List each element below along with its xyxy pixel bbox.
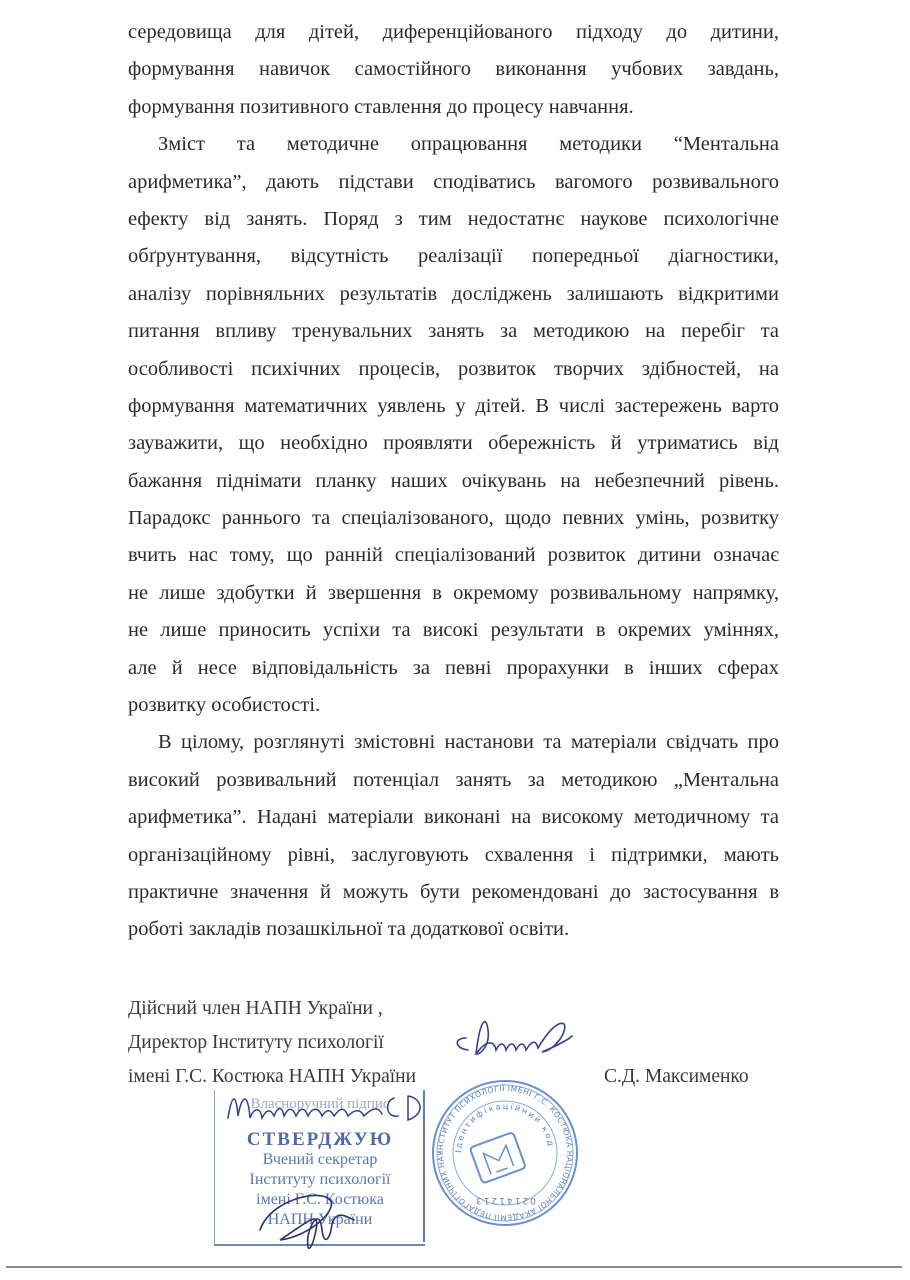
text-line: роботі закладів позашкільної та додатков… [128, 911, 779, 948]
seal-code: 02141213 [474, 1195, 536, 1205]
text-line: але й несе відповідальність за певні про… [128, 650, 779, 687]
handwritten-name-icon [222, 1088, 442, 1128]
text-line: аналізу порівняльних результатів дослідж… [128, 276, 779, 313]
paragraph-2: Зміст та методичне опрацювання методики … [128, 126, 779, 724]
institution-seal: ІНСТИТУТ ПСИХОЛОГІЇ ІМЕНІ Г.С. КОСТЮКА Н… [430, 1078, 580, 1228]
text-line: організаційному рівні, заслуговують схва… [128, 837, 779, 874]
text-line: формування навичок самостійного виконанн… [128, 51, 779, 88]
text-line: практичне значення й можуть бути рекомен… [128, 874, 779, 911]
text-line: бажання піднімати планку наших очікувань… [128, 463, 779, 500]
text-line: Парадокс раннього та спеціалізованого, щ… [128, 500, 779, 537]
secretary-signature-icon [250, 1180, 370, 1260]
stamp-confirm: СТВЕРДЖУЮ [215, 1130, 425, 1150]
text-line: вчить нас тому, що ранній спеціалізовани… [128, 537, 779, 574]
document-page: середовища для дітей, диференційованого … [0, 0, 910, 1280]
signatory-title: Дійсний член НАПН України , Директор Інс… [128, 992, 416, 1094]
text-line: питання впливу тренувальних занять за ме… [128, 313, 779, 350]
text-line: обґрунтування, відсутність реалізації по… [128, 238, 779, 275]
text-line: ефекту від занять. Поряд з тим недостатн… [128, 201, 779, 238]
text-line: високий розвивальний потенціал занять за… [128, 762, 779, 799]
paragraph-3: В цілому, розглянуті змістовні настанови… [128, 724, 779, 948]
text-line: особливості психічних процесів, розвиток… [128, 351, 779, 388]
director-signature-icon [446, 1010, 576, 1070]
text-line: зауважити, що необхідно проявляти обереж… [128, 425, 779, 462]
signatory-title-line: Дійсний член НАПН України , [128, 992, 416, 1026]
signatory-title-line: Директор Інституту психології [128, 1026, 416, 1060]
text-line: арифметика”, дають підстави сподіватись … [128, 164, 779, 201]
coat-of-arms-icon [470, 1132, 526, 1183]
svg-text:Ідентифікаційний код: Ідентифікаційний код [454, 1102, 556, 1153]
stamp-line: Вчений секретар [215, 1150, 425, 1170]
text-line: формування позитивного ставлення до проц… [128, 89, 779, 126]
text-line: формування математичних уявлень у дітей.… [128, 388, 779, 425]
page-bottom-edge [6, 1266, 902, 1268]
text-line: середовища для дітей, диференційованого … [128, 14, 779, 51]
text-line: розвитку особистості. [128, 687, 779, 724]
letter-body: середовища для дітей, диференційованого … [128, 14, 779, 949]
signatory-name: С.Д. Максименко [604, 1066, 749, 1088]
text-line: не лише приносить успіхи та високі резул… [128, 612, 779, 649]
seal-inner-text: Ідентифікаційний код [454, 1102, 556, 1153]
paragraph-1-continued: середовища для дітей, диференційованого … [128, 14, 779, 126]
text-line: В цілому, розглянуті змістовні настанови… [128, 724, 779, 761]
text-line: арифметика”. Надані матеріали виконані н… [128, 799, 779, 836]
text-line: Зміст та методичне опрацювання методики … [128, 126, 779, 163]
text-line: не лише здобутки й звершення в окремому … [128, 575, 779, 612]
